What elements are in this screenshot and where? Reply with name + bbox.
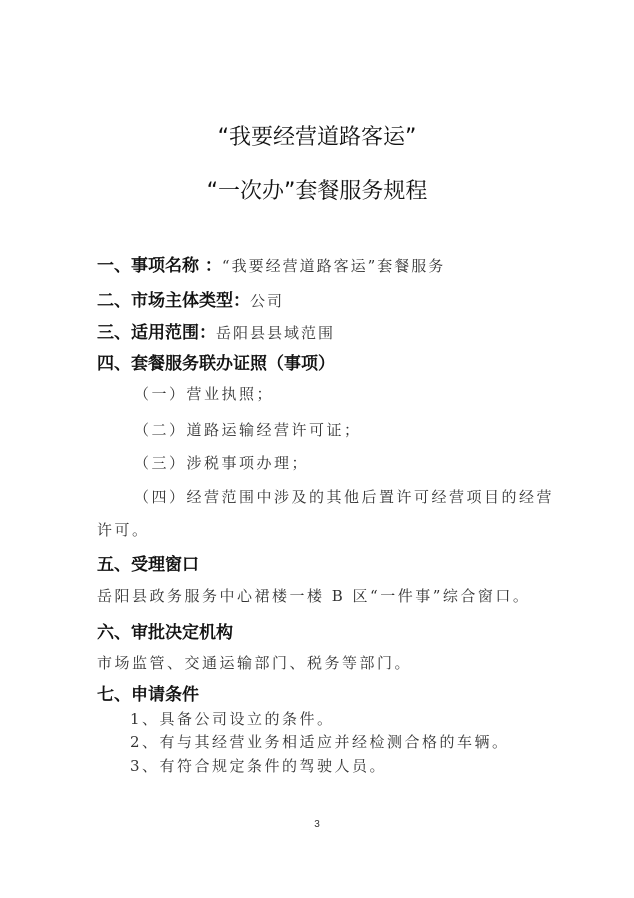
section-6-heading: 六、审批决定机构 [97, 618, 233, 643]
section-3-body: 岳阳县县域范围 [216, 324, 335, 342]
section-4-item-1: （一）营业执照； [134, 383, 274, 404]
section-5-heading: 五、受理窗口 [97, 550, 199, 575]
section-6-body: 市场监管、交通运输部门、税务等部门。 [97, 652, 412, 673]
section-2: 二、市场主体类型：公司 [97, 286, 284, 311]
section-7-item-3: 3、有符合规定条件的驾驶人员。 [130, 755, 387, 776]
section-4-item-3: （三）涉税事项办理； [134, 452, 309, 473]
document-title-line1: “我要经营道路客运” [0, 120, 634, 151]
section-3-heading: 三、适用范围： [97, 323, 216, 343]
section-4-item-4: （四）经营范围中涉及的其他后置许可经营项目的经营 [134, 486, 554, 507]
section-4-item-4-cont: 许可。 [97, 519, 150, 540]
section-2-heading: 二、市场主体类型： [97, 291, 250, 311]
section-1-body: “我要经营道路客运”套餐服务 [222, 257, 445, 275]
section-5-body: 岳阳县政务服务中心裙楼一楼 B 区“一件事”综合窗口。 [97, 585, 530, 606]
section-4-item-2: （二）道路运输经营许可证； [134, 419, 362, 440]
document-title-line2: “一次办”套餐服务规程 [0, 174, 634, 205]
section-7-item-1: 1、具备公司设立的条件。 [130, 708, 335, 729]
section-4-heading: 四、套餐服务联办证照（事项） [97, 349, 335, 374]
section-2-body: 公司 [250, 292, 284, 310]
section-3: 三、适用范围：岳阳县县域范围 [97, 318, 335, 343]
section-7-heading: 七、申请条件 [97, 680, 199, 705]
section-1: 一、事项名称 ：“我要经营道路客运”套餐服务 [97, 251, 445, 276]
section-1-heading: 一、事项名称 ： [97, 256, 222, 276]
section-7-item-2: 2、有与其经营业务相适应并经检测合格的车辆。 [130, 731, 510, 752]
page-number: 3 [0, 819, 634, 830]
